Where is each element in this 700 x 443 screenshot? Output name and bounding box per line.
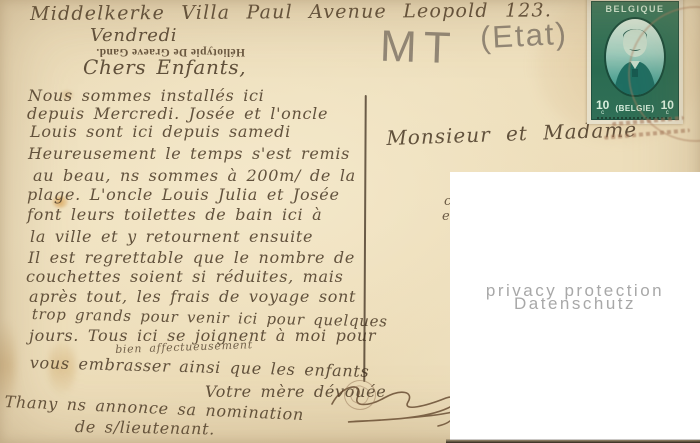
pencil-mark-mt: MT (379, 25, 458, 72)
message-line: vous embrasser ainsi que les enfants (30, 355, 370, 380)
covered-address-fragment: e (442, 209, 450, 224)
header-line: Middelkerke Villa Paul Avenue Leopold 12… (30, 1, 552, 24)
salutation-line: Chers Enfants, (83, 57, 246, 77)
blind-stamp-mark (344, 380, 376, 410)
message-line: la ville et y retournent ensuite (30, 229, 313, 245)
message-line: Heureusement le temps s'est remis (28, 146, 350, 162)
bottom-edge-shadow (446, 439, 700, 443)
postscript-line: de s/lieutenant. (75, 419, 215, 437)
message-line: Nous sommes installés ici (28, 88, 264, 104)
insertion-line: bien affectueusement (115, 339, 253, 355)
postcard-back: Middelkerke Villa Paul Avenue Leopold 12… (0, 0, 700, 443)
privacy-overlay: privacy protection Datenschutz (450, 172, 700, 440)
message-line: font leurs toilettes de bain ici à (27, 207, 322, 223)
stamp-value-left: 10c (596, 100, 609, 116)
signature-flourish (318, 382, 468, 434)
message-line: couchettes soient si réduites, mais (26, 269, 344, 285)
pencil-mark-etat: (Etat) (479, 18, 568, 54)
message-line: au beau, ns sommes à 200m/ de la (33, 168, 356, 184)
message-line: depuis Mercredi. Josée et l'oncle (27, 106, 328, 122)
message-line: Il est regrettable que le nombre de (28, 250, 355, 266)
message-line: Louis sont ici depuis samedi (30, 124, 291, 140)
message-line: plage. L'oncle Louis Julia et Josée (27, 187, 340, 203)
message-line: après tout, les frais de voyage sont (29, 289, 356, 305)
day-line: Vendredi (90, 27, 177, 45)
